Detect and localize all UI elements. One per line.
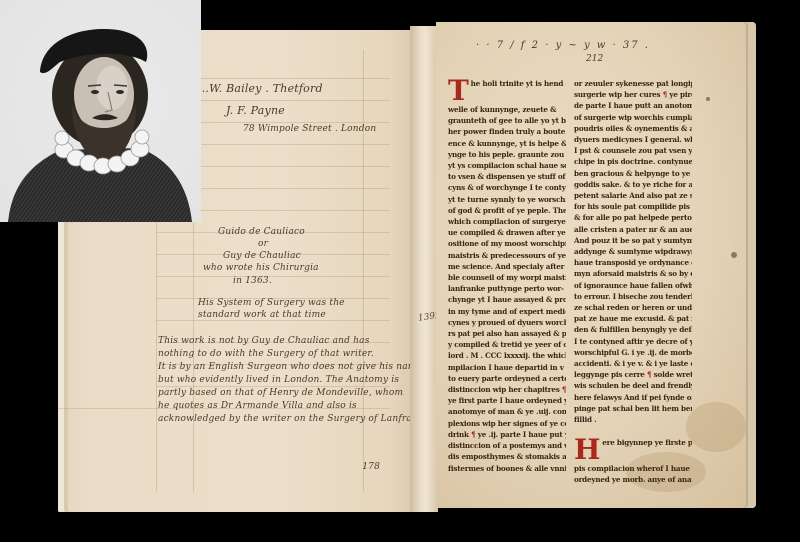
manuscript-line: And pouz it be so pat y sumtyme xyxy=(574,235,692,246)
paragraph-line: partly based on that of Henry de Mondevi… xyxy=(158,388,403,398)
stain xyxy=(731,252,737,258)
handwritten-note: His System of Surgery was the xyxy=(198,298,345,308)
manuscript-line: haue transposid ye ordynance of my xyxy=(574,257,692,268)
manuscript-line: alle cristen a pater nr & an aue marie xyxy=(574,224,692,235)
manuscript-line: anotomye of man & ye .uij. com- xyxy=(448,406,566,417)
rubric-mark: ¶ xyxy=(663,90,667,99)
manuscript-line: chynge yt I haue assayed & proued xyxy=(448,294,566,305)
paragraph-line: This work is not by Guy de Chauliac and … xyxy=(158,336,370,346)
manuscript-line: of ignoraunce haue fallen ofwhile in xyxy=(574,280,692,291)
manuscript-line: to vsen & dispensen ye stuff of medi- xyxy=(448,171,566,182)
manuscript-line: poudris oiles & oynementis & alle xyxy=(574,123,692,134)
manuscript-line: or zeuuler sykenesse pat longip to xyxy=(574,78,692,89)
manuscript-line: drink ¶ ye .ij. parte I haue put ye xyxy=(448,429,566,440)
handwritten-note: Guy de Chauliac xyxy=(223,251,301,261)
text-column-1: The holi trinite yt is hend andwelle of … xyxy=(448,78,566,474)
manuscript-line: of god & profit of ye peple. The xyxy=(448,205,566,216)
right-page: · · 7 / f 2 · y ~ y w · 37 . 212 The hol… xyxy=(436,22,756,508)
manuscript-line: I pst & counsele zou pat vsen ye wor xyxy=(574,145,692,156)
text-column-2: or zeuuler sykenesse pat longip tosurger… xyxy=(574,78,692,485)
rubric-mark: ¶ xyxy=(562,385,566,394)
book-gutter xyxy=(410,26,438,512)
manuscript-line: The holi trinite yt is hend and xyxy=(448,78,566,104)
manuscript-line: which compilacion of surgerye I ha xyxy=(448,216,566,227)
manuscript-line: petent salarie And also pat ze stonden xyxy=(574,190,692,201)
manuscript-line: in my tyme and of expert medi- xyxy=(448,306,566,317)
manuscript-line: chipe in pis doctrine. contynue yt ze xyxy=(574,156,692,167)
manuscript-line: fistermes of boones & alle vnnisful xyxy=(448,463,566,474)
rubric-mark: ¶ xyxy=(647,370,651,379)
paragraph-line: It is by an English Surgeon who does not… xyxy=(158,362,422,372)
manuscript-line: to errour. I biseche zou tenderly pat xyxy=(574,291,692,302)
portrait-engraving xyxy=(0,0,201,222)
rubric-mark: ¶ xyxy=(471,430,475,439)
manuscript-line: ben gracious & helpynge to ye pore for xyxy=(574,168,692,179)
portrait-figure xyxy=(0,0,201,222)
manuscript-line: welle of kunnynge, zeuete & xyxy=(448,104,566,115)
manuscript-line: y compiled & tretid ye yeer of oure xyxy=(448,339,566,350)
handwritten-note: 78 Wimpole Street . London xyxy=(243,124,376,134)
folio-number: 178 xyxy=(362,462,380,472)
manuscript-line: ynge to his peple. graunte zou gee xyxy=(448,149,566,160)
manuscript-line: goddis sake. & to ye riche for a com- xyxy=(574,179,692,190)
manuscript-line: ze schal reden or heren or understonde xyxy=(574,302,692,313)
handwritten-note: in 1363. xyxy=(233,276,272,286)
manuscript-line: yt te turne synnly to ye worschipe xyxy=(448,194,566,205)
handwritten-note: Guido de Cauliaco xyxy=(218,227,305,237)
manuscript-line: for his soule pat compilide pis werke xyxy=(574,201,692,212)
manuscript-line: fillid . xyxy=(574,414,692,425)
manuscript-photo: ...W. Bailey . Thetford J. F. Payne 78 W… xyxy=(0,0,800,542)
manuscript-line: lanfranke puttynge perto wor- xyxy=(448,283,566,294)
manuscript-line: Here bigynnep ye firste parte of xyxy=(574,437,692,463)
manuscript-line: ence & kunnynge, yt is helpe & edif- xyxy=(448,138,566,149)
manuscript-line: rs pat pei also han assayed & proued xyxy=(448,328,566,339)
stain xyxy=(706,97,710,101)
manuscript-line: ye first parte I haue ordeyned ye xyxy=(448,395,566,406)
manuscript-line: plexions wip her signes of ye co xyxy=(448,418,566,429)
manuscript-line: distinccion of a postemys and woun- xyxy=(448,440,566,451)
manuscript-line: surgerie wip her cures ¶ ye pird xyxy=(574,89,692,100)
manuscript-line: pis compilacion wherof I haue xyxy=(574,463,692,474)
paragraph-line: but who evidently lived in London. The A… xyxy=(158,375,399,385)
manuscript-line: her power finden truly a boute sci- xyxy=(448,126,566,137)
manuscript-line: worschipful G. i ye .ij. de morbo & xyxy=(574,347,692,358)
paragraph-line: he quotes as Dr Armande Villa and also i… xyxy=(158,401,357,411)
manuscript-line: maistris & predecessours of ye sa- xyxy=(448,250,566,261)
manuscript-line: leggynge pis cerre ¶ solde wretyn sa xyxy=(574,369,692,380)
manuscript-line: den & fulfillen benyngly ye defautis xyxy=(574,324,692,335)
manuscript-line: ositione of my moost worschipful xyxy=(448,238,566,249)
manuscript-line: me science. And specialy after ye no- xyxy=(448,261,566,272)
handwritten-note: or xyxy=(258,239,268,249)
manuscript-line: & for alle po pat helpede perto & for xyxy=(574,212,692,223)
manuscript-line: cynes y proued of dyuers worche- xyxy=(448,317,566,328)
manuscript-line: mpilacion I haue departid in v partes xyxy=(448,362,566,373)
manuscript-line: de parte I haue putt an anotomie xyxy=(574,100,692,111)
manuscript-line xyxy=(574,425,692,436)
manuscript-line: pat ze haue me excusid. & pat ze ad- xyxy=(574,313,692,324)
manuscript-line: dyuers medicynes I general. wherfo xyxy=(574,134,692,145)
rubricated-initial: T xyxy=(448,78,469,104)
manuscript-line: myn aforsaid maistris & so by cause xyxy=(574,268,692,279)
paragraph-line: acknowledged by the writer on the Surger… xyxy=(158,414,424,424)
page-number: 212 xyxy=(586,54,603,64)
handwritten-note: J. F. Payne xyxy=(226,104,285,117)
margin-rule xyxy=(363,50,364,492)
manuscript-line: cyns & of worchynge I te contynue xyxy=(448,182,566,193)
ruled-line xyxy=(156,320,390,321)
manuscript-line: pinge pat schal ben lit hem benyngly ful… xyxy=(574,403,692,414)
manuscript-line: accidenti. & i ye v. & i ye laste chapit… xyxy=(574,358,692,369)
manuscript-line: ble counseil of my worpi maistir xyxy=(448,272,566,283)
ruled-line xyxy=(156,276,390,277)
rubricated-initial: H xyxy=(574,437,600,463)
manuscript-line: yt ys compilacion schal haue so sp xyxy=(448,160,566,171)
stain xyxy=(686,402,746,452)
manuscript-line: I te contyned aftir ye decre of ye xyxy=(574,336,692,347)
manuscript-line: dis emposthymes & stomakis and xyxy=(448,451,566,462)
manuscript-line: distinccion wip her chapitres ¶ xyxy=(448,384,566,395)
ruled-line xyxy=(156,386,390,387)
handwritten-note: standard work at that time xyxy=(198,310,326,320)
handwritten-note: who wrote his Chirurgia xyxy=(203,263,319,273)
manuscript-line: wis schulen be deel and frendly of xyxy=(574,380,692,391)
manuscript-line: graunteth of gee to alle yo yt by xyxy=(448,115,566,126)
manuscript-line: here felawys And if pei fynde ony xyxy=(574,392,692,403)
manuscript-line: addynge & sumtyme wipdrawynge xyxy=(574,246,692,257)
page-header: · · 7 / f 2 · y ~ y w · 37 . xyxy=(476,40,650,51)
manuscript-line: ue compiled & drawen after ye disp- xyxy=(448,227,566,238)
manuscript-line: ordeyned ye morb. anye of anatomie xyxy=(574,474,692,485)
manuscript-line: of surgerie wip worchis cumplasins xyxy=(574,112,692,123)
manuscript-line: to euery parte ordeyned a certeyne xyxy=(448,373,566,384)
manuscript-line: lord . M . CCC lxxxxij. the which co- xyxy=(448,350,566,361)
paragraph-line: nothing to do with the Surgery of that w… xyxy=(158,349,374,359)
handwritten-note: ...W. Bailey . Thetford xyxy=(198,82,323,95)
